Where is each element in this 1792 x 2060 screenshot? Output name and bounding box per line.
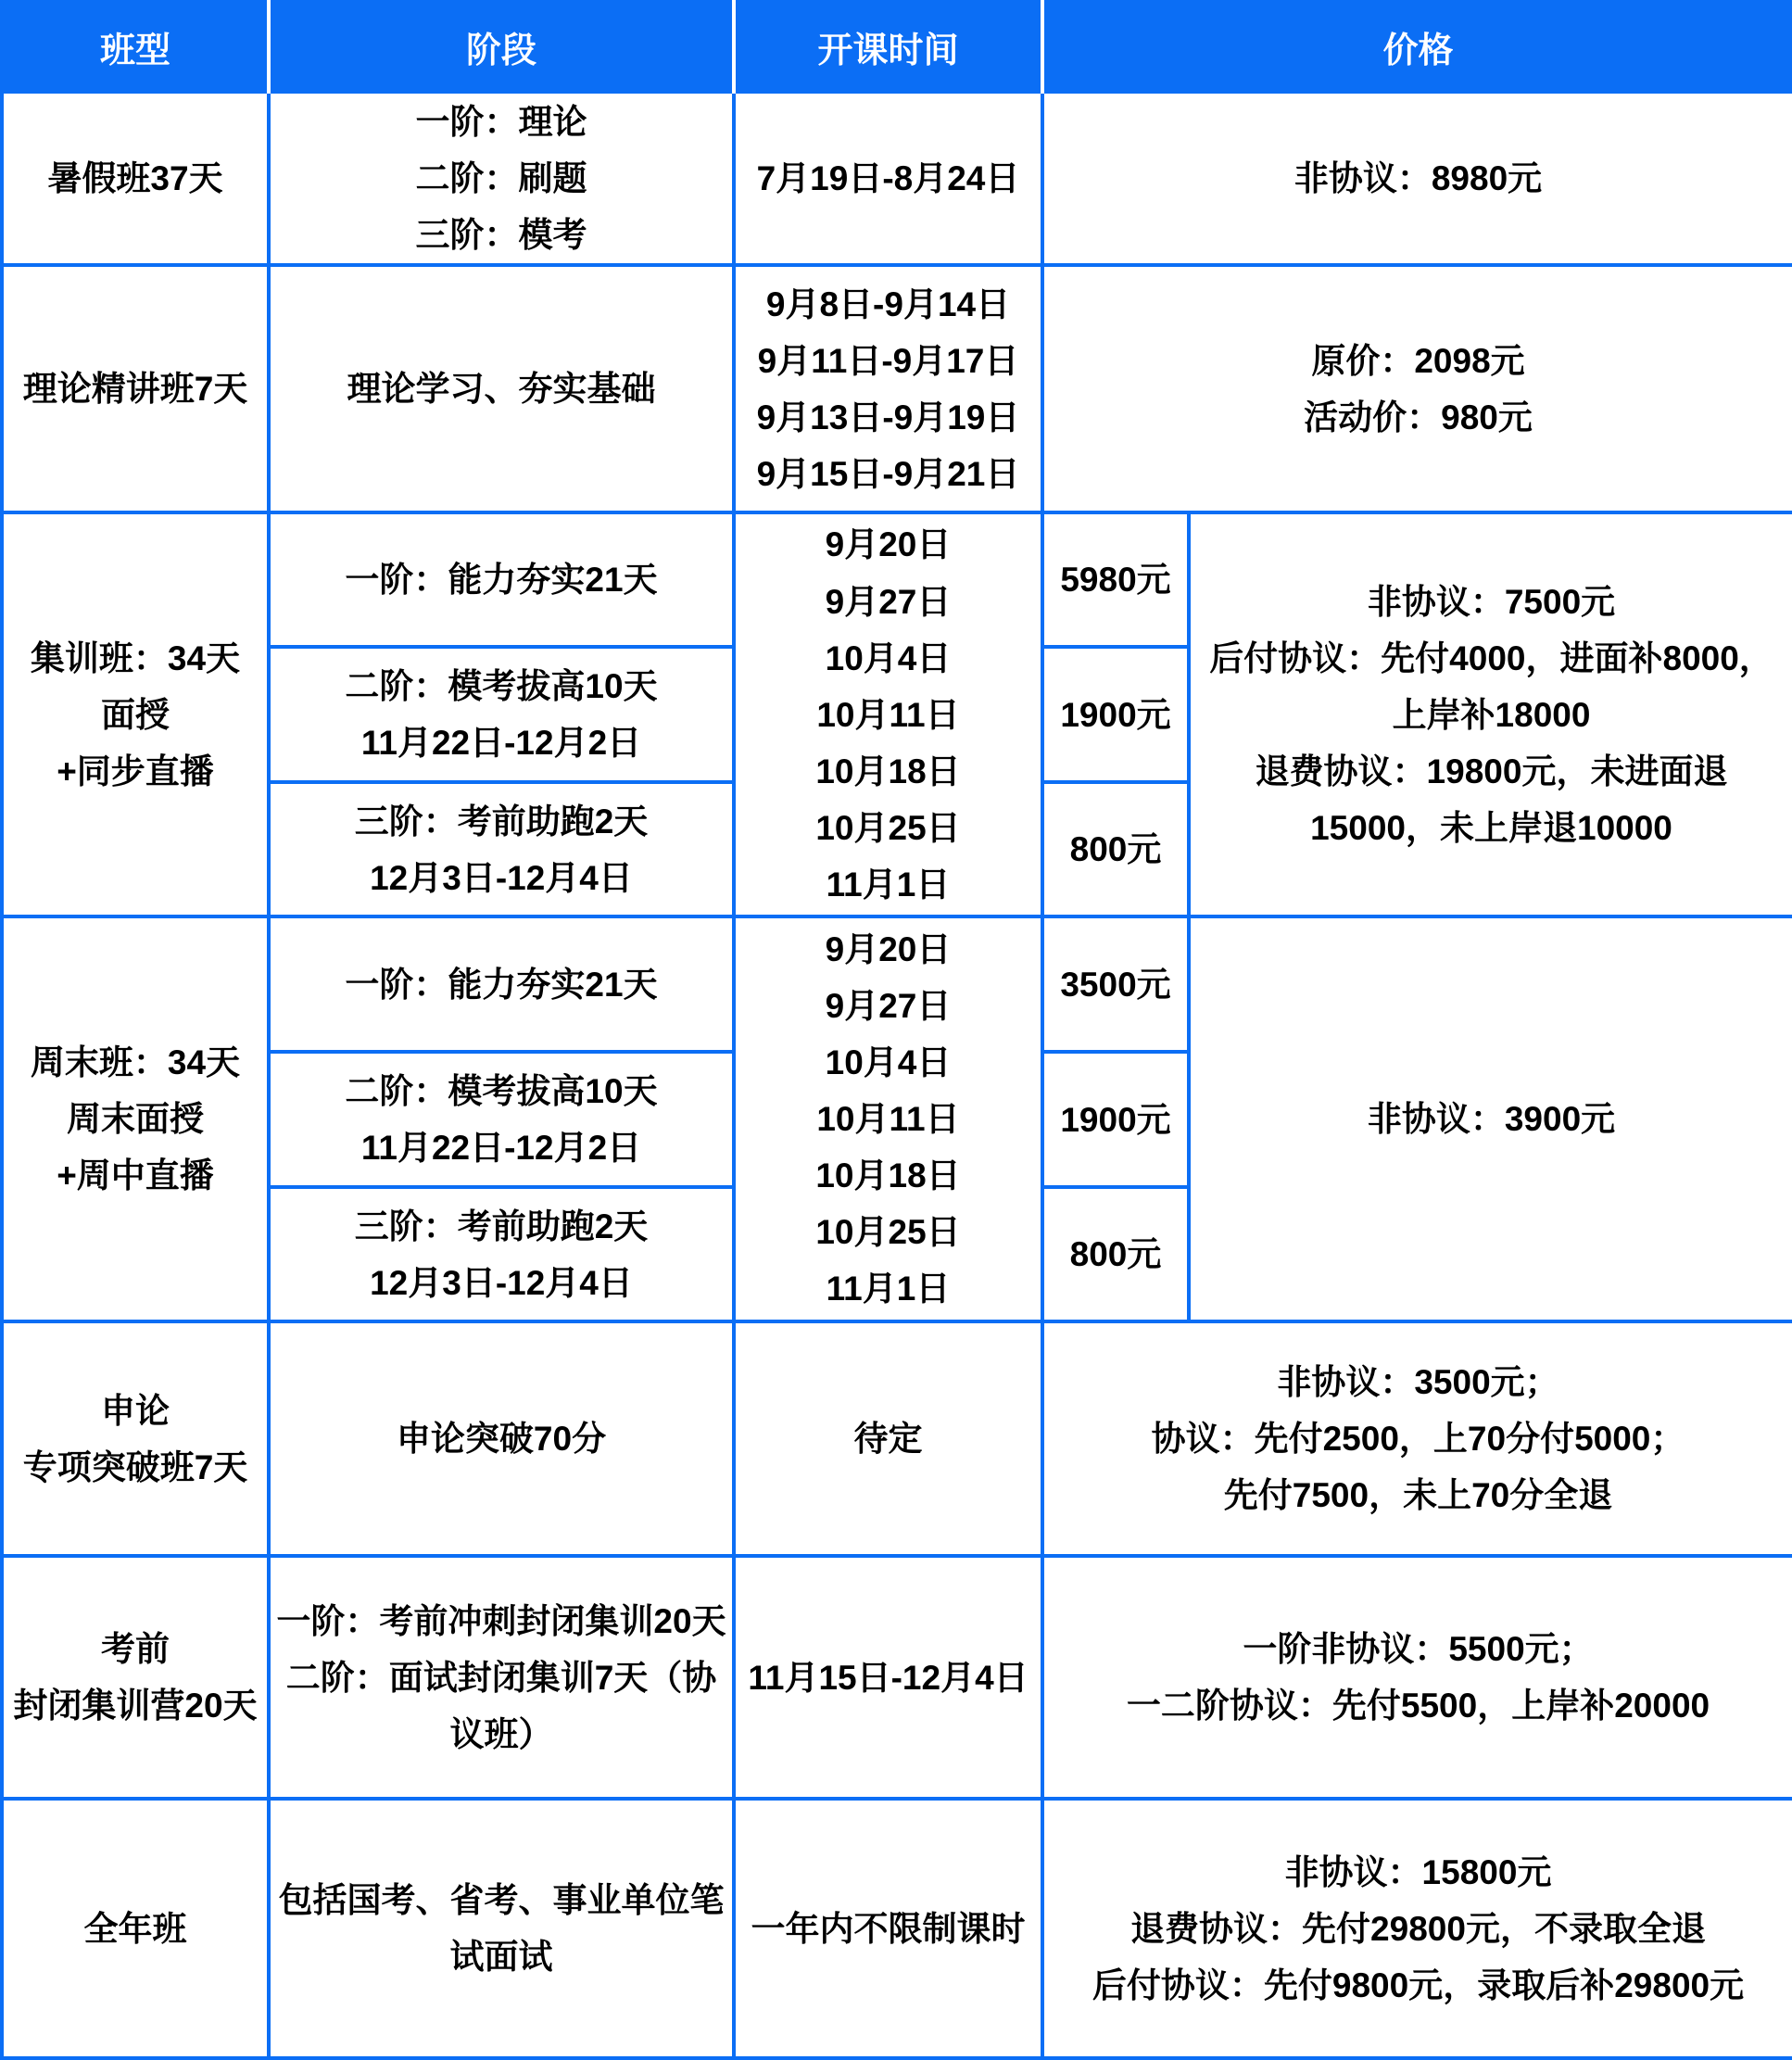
cell-summer-stages: 一阶：理论 二阶：刷题 三阶：模考 [269, 92, 734, 265]
header-price: 价格 [1042, 2, 1792, 92]
cell-preexam-type: 考前 封闭集训营20天 [2, 1556, 269, 1799]
cell-intensive-price-main: 非协议：7500元 后付协议：先付4000，进面补8000，上岸补18000 退… [1189, 512, 1792, 916]
cell-theory-type: 理论精讲班7天 [2, 265, 269, 512]
table-row-annual: 全年班 包括国考、省考、事业单位笔试面试 一年内不限制课时 非协议：15800元… [2, 1799, 1792, 2058]
cell-shenlun-stage: 申论突破70分 [269, 1321, 734, 1556]
cell-weekend-price1: 3500元 [1042, 916, 1189, 1052]
cell-weekend-stage2: 二阶：模考拔高10天 11月22日-12月2日 [269, 1052, 734, 1187]
cell-summer-time: 7月19日-8月24日 [734, 92, 1042, 265]
cell-intensive-price2: 1900元 [1042, 647, 1189, 782]
table-row-weekend-1: 周末班：34天 周末面授 +周中直播 一阶：能力夯实21天 9月20日 9月27… [2, 916, 1792, 1052]
cell-weekend-type: 周末班：34天 周末面授 +周中直播 [2, 916, 269, 1321]
header-stage: 阶段 [269, 2, 734, 92]
cell-intensive-price3: 800元 [1042, 782, 1189, 916]
cell-shenlun-price: 非协议：3500元； 协议：先付2500，上70分付5000； 先付7500，未… [1042, 1321, 1792, 1556]
cell-intensive-stage2: 二阶：模考拔高10天 11月22日-12月2日 [269, 647, 734, 782]
table-row-summer: 暑假班37天 一阶：理论 二阶：刷题 三阶：模考 7月19日-8月24日 非协议… [2, 92, 1792, 265]
cell-intensive-price1: 5980元 [1042, 512, 1189, 647]
cell-preexam-price: 一阶非协议：5500元； 一二阶协议：先付5500，上岸补20000 [1042, 1556, 1792, 1799]
header-class-type: 班型 [2, 2, 269, 92]
cell-intensive-stage3: 三阶：考前助跑2天 12月3日-12月4日 [269, 782, 734, 916]
cell-shenlun-type: 申论 专项突破班7天 [2, 1321, 269, 1556]
cell-theory-stage: 理论学习、夯实基础 [269, 265, 734, 512]
cell-summer-type: 暑假班37天 [2, 92, 269, 265]
cell-intensive-times: 9月20日 9月27日 10月4日 10月11日 10月18日 10月25日 1… [734, 512, 1042, 916]
course-pricing-page: 班型 阶段 开课时间 价格 暑假班37天 一阶：理论 二阶：刷题 三阶：模考 7… [0, 0, 1792, 2037]
table-row-shenlun: 申论 专项突破班7天 申论突破70分 待定 非协议：3500元； 协议：先付25… [2, 1321, 1792, 1556]
header-start-time: 开课时间 [734, 2, 1042, 92]
cell-weekend-price2: 1900元 [1042, 1052, 1189, 1187]
cell-annual-time: 一年内不限制课时 [734, 1799, 1042, 2058]
course-pricing-table: 班型 阶段 开课时间 价格 暑假班37天 一阶：理论 二阶：刷题 三阶：模考 7… [0, 0, 1792, 2060]
cell-annual-price: 非协议：15800元 退费协议：先付29800元，不录取全退 后付协议：先付98… [1042, 1799, 1792, 2058]
table-row-preexam: 考前 封闭集训营20天 一阶：考前冲刺封闭集训20天 二阶：面试封闭集训7天（协… [2, 1556, 1792, 1799]
cell-intensive-stage1: 一阶：能力夯实21天 [269, 512, 734, 647]
cell-weekend-stage3: 三阶：考前助跑2天 12月3日-12月4日 [269, 1187, 734, 1321]
cell-shenlun-time: 待定 [734, 1321, 1042, 1556]
cell-weekend-price3: 800元 [1042, 1187, 1189, 1321]
cell-theory-price: 原价：2098元 活动价：980元 [1042, 265, 1792, 512]
cell-weekend-price-main: 非协议：3900元 [1189, 916, 1792, 1321]
table-row-intensive-1: 集训班：34天 面授 +同步直播 一阶：能力夯实21天 9月20日 9月27日 … [2, 512, 1792, 647]
cell-weekend-stage1: 一阶：能力夯实21天 [269, 916, 734, 1052]
table-row-theory: 理论精讲班7天 理论学习、夯实基础 9月8日-9月14日 9月11日-9月17日… [2, 265, 1792, 512]
table-header-row: 班型 阶段 开课时间 价格 [2, 2, 1792, 92]
cell-preexam-time: 11月15日-12月4日 [734, 1556, 1042, 1799]
cell-weekend-times: 9月20日 9月27日 10月4日 10月11日 10月18日 10月25日 1… [734, 916, 1042, 1321]
cell-preexam-stages: 一阶：考前冲刺封闭集训20天 二阶：面试封闭集训7天（协议班） [269, 1556, 734, 1799]
cell-intensive-type: 集训班：34天 面授 +同步直播 [2, 512, 269, 916]
cell-summer-price: 非协议：8980元 [1042, 92, 1792, 265]
cell-theory-times: 9月8日-9月14日 9月11日-9月17日 9月13日-9月19日 9月15日… [734, 265, 1042, 512]
cell-annual-type: 全年班 [2, 1799, 269, 2058]
cell-annual-stage: 包括国考、省考、事业单位笔试面试 [269, 1799, 734, 2058]
